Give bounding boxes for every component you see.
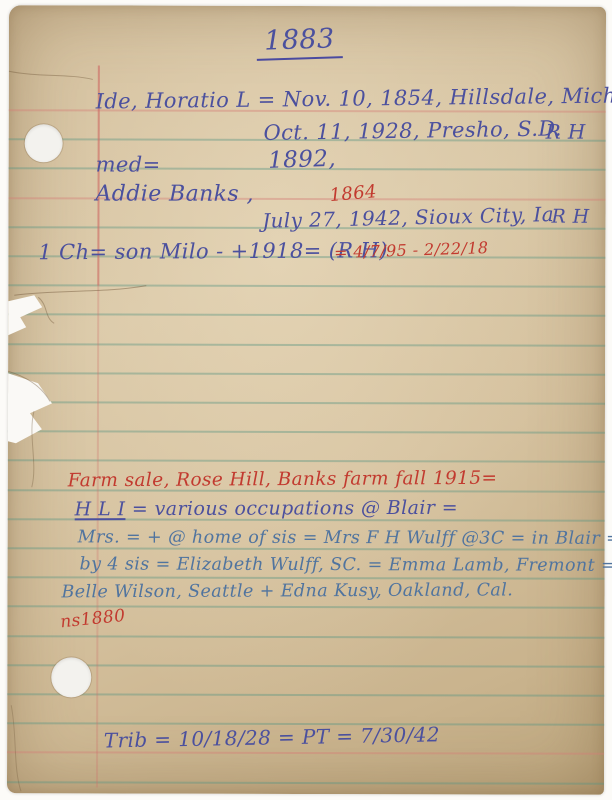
- spouse-birth-year: 1864: [329, 181, 378, 206]
- punch-hole-top: [25, 124, 63, 162]
- farm-sale-note: Farm sale, Rose Hill, Banks farm fall 19…: [68, 468, 498, 492]
- ruled-lines: [9, 5, 606, 7]
- death-source-abbrev: R H: [546, 120, 586, 144]
- occupation-note: H L I = various occupations @ Blair =: [75, 497, 459, 521]
- census-note: ns1880: [59, 606, 126, 633]
- year-heading: 1883: [256, 23, 343, 61]
- punch-hole-bottom: [51, 657, 91, 697]
- marriage-label: med=: [96, 152, 161, 176]
- survived-by-note: by 4 sis = Elizabeth Wulff, SC. = Emma L…: [80, 554, 612, 575]
- survivors-continued-note: Belle Wilson, Seattle + Edna Kusy, Oakla…: [61, 580, 513, 602]
- residence-note: Mrs. = + @ home of sis = Mrs F H Wulff @…: [78, 527, 612, 549]
- name-and-birth-line: Ide, Horatio L = Nov. 10, 1854, Hillsdal…: [95, 84, 612, 114]
- spouse-name: Addie Banks ,: [96, 181, 254, 206]
- death-date-line: Oct. 11, 1928, Presho, S.D.: [263, 116, 562, 144]
- scanned-note-page: 1883 Ide, Horatio L = Nov. 10, 1854, Hil…: [0, 0, 612, 800]
- spouse-death-source-abbrev: R H: [551, 206, 589, 228]
- lined-paper-sheet: 1883 Ide, Horatio L = Nov. 10, 1854, Hil…: [7, 5, 606, 795]
- child-birth-death-dates: = 4/7/95 - 2/22/18: [334, 238, 489, 262]
- marriage-year: 1892,: [268, 146, 337, 174]
- subject-initials: H L I: [75, 498, 126, 520]
- obituary-references: Trib = 10/18/28 = PT = 7/30/42: [104, 722, 441, 752]
- occupation-text: = various occupations @ Blair =: [132, 497, 458, 520]
